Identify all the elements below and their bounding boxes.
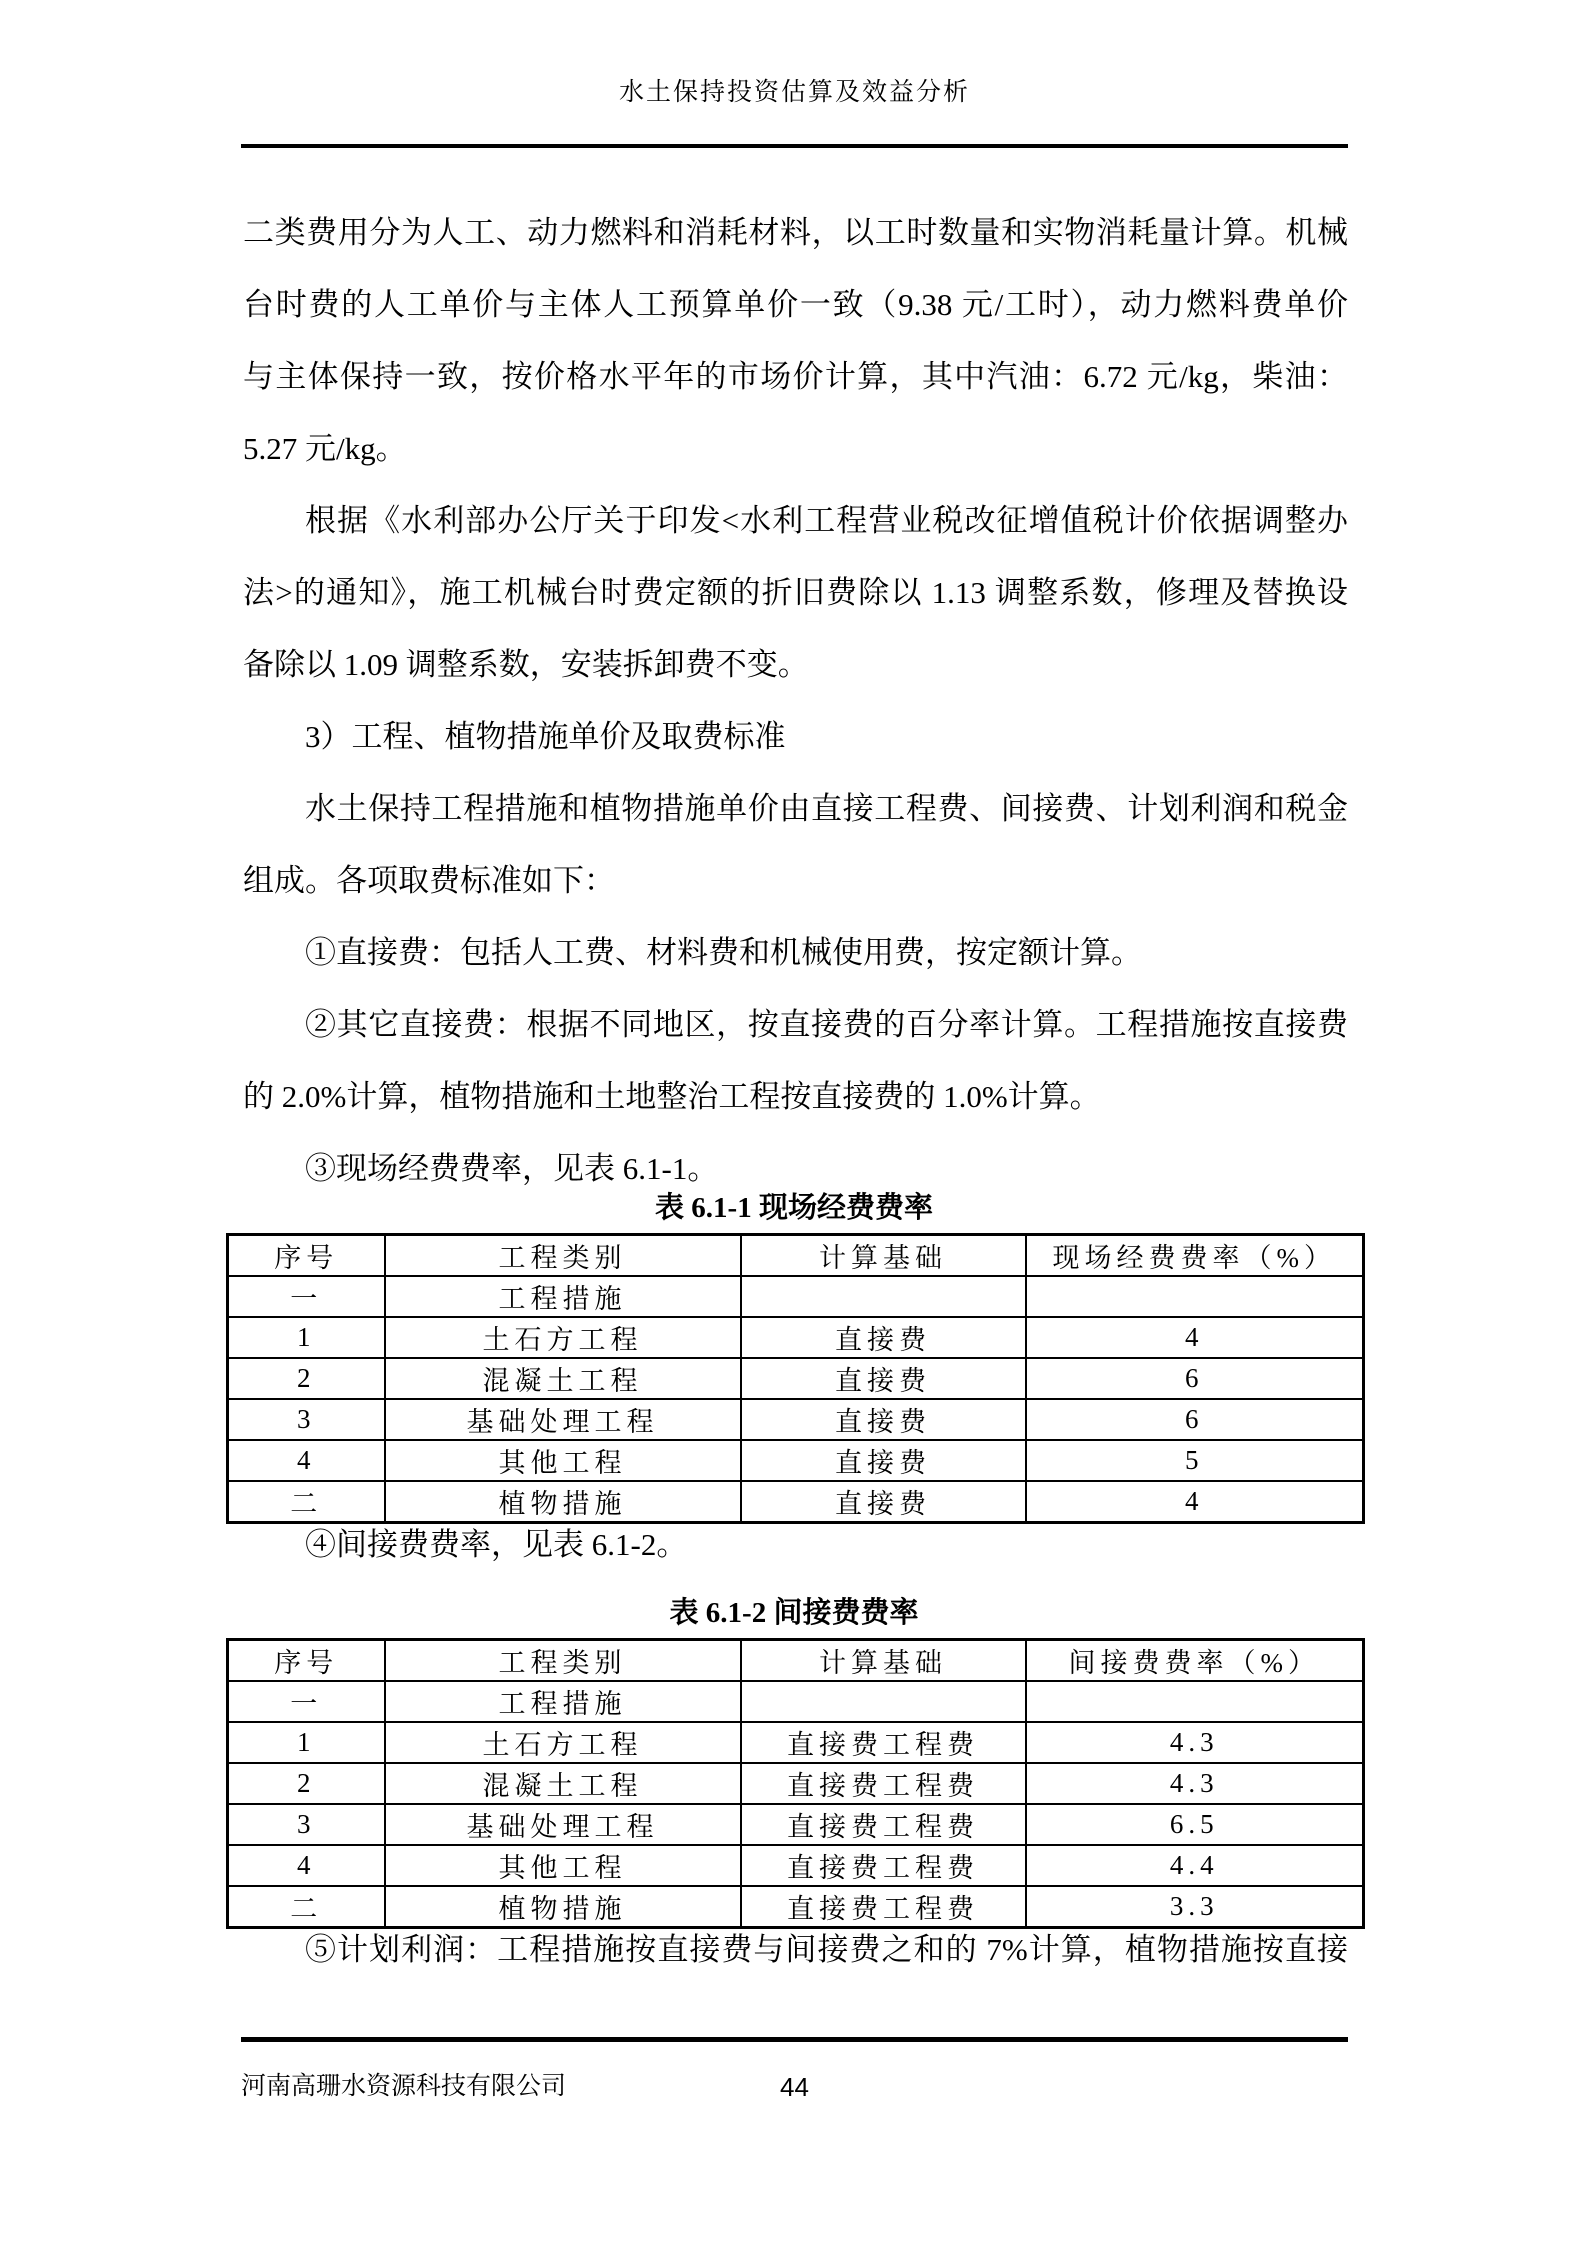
table-cell: 6 <box>1026 1399 1364 1440</box>
table-row: 3基础处理工程直接费6 <box>228 1399 1364 1440</box>
table-cell: 4 <box>228 1845 385 1886</box>
paragraph: ①直接费：包括人工费、材料费和机械使用费，按定额计算。 <box>243 917 1348 989</box>
table-cell: 基础处理工程 <box>385 1804 741 1845</box>
table-header-cell: 序号 <box>228 1640 385 1682</box>
table-cell: 土石方工程 <box>385 1722 741 1763</box>
table-header-cell: 间接费费率（%） <box>1026 1640 1364 1682</box>
table-cell: 工程措施 <box>385 1276 741 1317</box>
table-row: 3基础处理工程直接费工程费6.5 <box>228 1804 1364 1845</box>
table-cell: 4.3 <box>1026 1763 1364 1804</box>
table-cell: 4.3 <box>1026 1722 1364 1763</box>
footer-page-number: 44 <box>241 2070 1348 2104</box>
text-line: 与主体保持一致，按价格水平年的市场价计算，其中汽油：6.72 元/kg，柴油： <box>243 341 1348 413</box>
table-row: 4其他工程直接费5 <box>228 1440 1364 1481</box>
table-header-row: 序号工程类别计算基础间接费费率（%） <box>228 1640 1364 1682</box>
table-cell: 4 <box>1026 1317 1364 1358</box>
table-cell: 6 <box>1026 1358 1364 1399</box>
table-header-row: 序号工程类别计算基础现场经费费率（%） <box>228 1235 1364 1277</box>
table-cell: 一 <box>228 1276 385 1317</box>
body-text-main: 二类费用分为人工、动力燃料和消耗材料，以工时数量和实物消耗量计算。机械台时费的人… <box>243 197 1348 1205</box>
text-line: 5.27 元/kg。 <box>243 413 1348 485</box>
table-cell: 混凝土工程 <box>385 1358 741 1399</box>
document-page: 水土保持投资估算及效益分析 二类费用分为人工、动力燃料和消耗材料，以工时数量和实… <box>0 0 1587 2245</box>
table-row: 2混凝土工程直接费工程费4.3 <box>228 1763 1364 1804</box>
table-row: 一工程措施 <box>228 1276 1364 1317</box>
table2-indirect-expense-rates: 序号工程类别计算基础间接费费率（%）一工程措施1土石方工程直接费工程费4.32混… <box>226 1638 1365 1929</box>
page-header-title: 水土保持投资估算及效益分析 <box>241 74 1348 112</box>
table-cell: 4 <box>228 1440 385 1481</box>
table-cell: 基础处理工程 <box>385 1399 741 1440</box>
body-text-after-tables: ⑤计划利润：工程措施按直接费与间接费之和的 7%计算，植物措施按直接 <box>243 1914 1348 1986</box>
text-line: 水土保持工程措施和植物措施单价由直接工程费、间接费、计划利润和税金 <box>243 773 1348 845</box>
table-row: 一工程措施 <box>228 1681 1364 1722</box>
table-cell <box>741 1276 1026 1317</box>
paragraph: ②其它直接费：根据不同地区，按直接费的百分率计算。工程措施按直接费的 2.0%计… <box>243 989 1348 1133</box>
paragraph: ④间接费费率，见表 6.1-2。 <box>243 1509 1348 1581</box>
table-cell: 直接费工程费 <box>741 1722 1026 1763</box>
table-cell: 一 <box>228 1681 385 1722</box>
table-cell: 直接费 <box>741 1440 1026 1481</box>
table-cell: 直接费 <box>741 1399 1026 1440</box>
text-line: 的 2.0%计算，植物措施和土地整治工程按直接费的 1.0%计算。 <box>243 1061 1348 1133</box>
text-line: ②其它直接费：根据不同地区，按直接费的百分率计算。工程措施按直接费 <box>243 989 1348 1061</box>
table-header-cell: 现场经费费率（%） <box>1026 1235 1364 1277</box>
table-row: 4其他工程直接费工程费4.4 <box>228 1845 1364 1886</box>
table-cell: 2 <box>228 1358 385 1399</box>
paragraph: 水土保持工程措施和植物措施单价由直接工程费、间接费、计划利润和税金组成。各项取费… <box>243 773 1348 917</box>
table-cell: 1 <box>228 1317 385 1358</box>
table-cell <box>1026 1276 1364 1317</box>
table-cell: 其他工程 <box>385 1440 741 1481</box>
table-cell: 1 <box>228 1722 385 1763</box>
header-divider-line <box>241 144 1348 148</box>
table1-title: 表 6.1-1 现场经费费率 <box>226 1186 1362 1230</box>
table-cell: 直接费工程费 <box>741 1763 1026 1804</box>
table-cell: 直接费工程费 <box>741 1845 1026 1886</box>
table-cell: 5 <box>1026 1440 1364 1481</box>
table-cell: 直接费 <box>741 1358 1026 1399</box>
text-line: 3）工程、植物措施单价及取费标准 <box>243 701 1348 773</box>
text-line: 台时费的人工单价与主体人工预算单价一致（9.38 元/工时），动力燃料费单价 <box>243 269 1348 341</box>
text-line: 根据《水利部办公厅关于印发<水利工程营业税改征增值税计价依据调整办 <box>243 485 1348 557</box>
table-header-cell: 计算基础 <box>741 1640 1026 1682</box>
table-row: 2混凝土工程直接费6 <box>228 1358 1364 1399</box>
text-line: 二类费用分为人工、动力燃料和消耗材料，以工时数量和实物消耗量计算。机械 <box>243 197 1348 269</box>
paragraph: 二类费用分为人工、动力燃料和消耗材料，以工时数量和实物消耗量计算。机械台时费的人… <box>243 197 1348 485</box>
table-header-cell: 计算基础 <box>741 1235 1026 1277</box>
table1-site-expense-rates: 序号工程类别计算基础现场经费费率（%）一工程措施1土石方工程直接费42混凝土工程… <box>226 1233 1365 1524</box>
table-cell: 其他工程 <box>385 1845 741 1886</box>
table-cell: 2 <box>228 1763 385 1804</box>
text-line: ①直接费：包括人工费、材料费和机械使用费，按定额计算。 <box>243 917 1348 989</box>
table-header-cell: 工程类别 <box>385 1235 741 1277</box>
table-cell: 直接费工程费 <box>741 1804 1026 1845</box>
paragraph: 根据《水利部办公厅关于印发<水利工程营业税改征增值税计价依据调整办法>的通知》，… <box>243 485 1348 701</box>
text-line: 备除以 1.09 调整系数，安装拆卸费不变。 <box>243 629 1348 701</box>
table-cell <box>1026 1681 1364 1722</box>
table-cell: 工程措施 <box>385 1681 741 1722</box>
table-row: 1土石方工程直接费4 <box>228 1317 1364 1358</box>
table2-title: 表 6.1-2 间接费费率 <box>226 1591 1362 1635</box>
table-cell <box>741 1681 1026 1722</box>
footer-divider-line <box>241 2037 1348 2042</box>
text-line: 法>的通知》，施工机械台时费定额的折旧费除以 1.13 调整系数，修理及替换设 <box>243 557 1348 629</box>
paragraph: 3）工程、植物措施单价及取费标准 <box>243 701 1348 773</box>
text-line: ⑤计划利润：工程措施按直接费与间接费之和的 7%计算，植物措施按直接 <box>243 1914 1348 1986</box>
table-row: 1土石方工程直接费工程费4.3 <box>228 1722 1364 1763</box>
text-line: ④间接费费率，见表 6.1-2。 <box>243 1509 1348 1581</box>
paragraph: ⑤计划利润：工程措施按直接费与间接费之和的 7%计算，植物措施按直接 <box>243 1914 1348 1986</box>
table-cell: 3 <box>228 1804 385 1845</box>
table-cell: 混凝土工程 <box>385 1763 741 1804</box>
body-text-between-tables: ④间接费费率，见表 6.1-2。 <box>243 1509 1348 1581</box>
text-line: 组成。各项取费标准如下： <box>243 845 1348 917</box>
table-header-cell: 序号 <box>228 1235 385 1277</box>
table-cell: 6.5 <box>1026 1804 1364 1845</box>
table-cell: 3 <box>228 1399 385 1440</box>
table-cell: 直接费 <box>741 1317 1026 1358</box>
table-cell: 土石方工程 <box>385 1317 741 1358</box>
table-cell: 4.4 <box>1026 1845 1364 1886</box>
table-header-cell: 工程类别 <box>385 1640 741 1682</box>
